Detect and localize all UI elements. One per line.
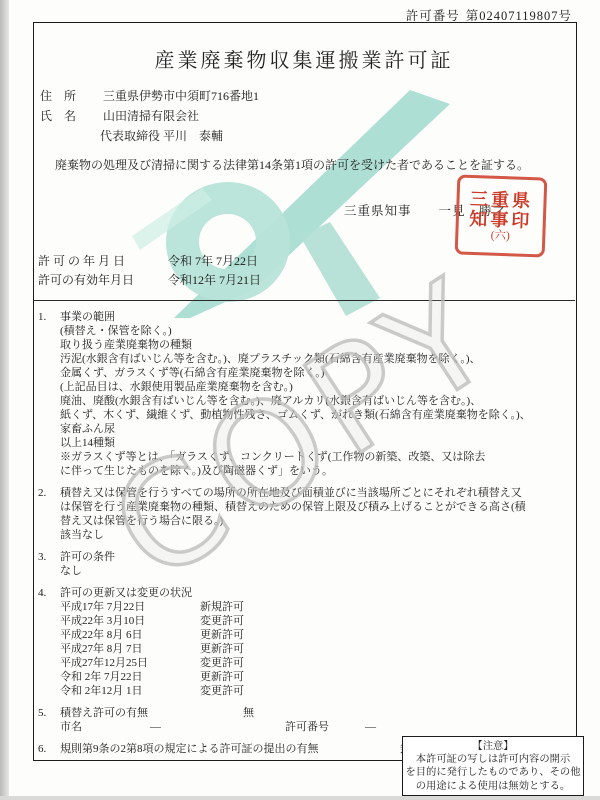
scanned-permit-document: { "meta": { "permit_label": "許可番号", "per… [0,0,600,800]
section-6-number: 6. [38,742,60,756]
section-2-line-2: は保管を行う産業廃棄物の種類、積替えのための保管上限及び積み上げることができる高… [38,500,570,514]
valid-date-row: 許可の有効年月日 令和12年 7月21日 [38,271,261,290]
holder-block: 住 所 三重県伊勢市中須町716番地1 氏 名 山田清掃有限会社 代表取締役 平… [40,86,259,146]
section-1-heading: 1.事業の範囲 [38,310,570,324]
section-1-line: 家畜ふん尿 [38,422,570,436]
representative-row: 代表取締役 平川 泰輔 [40,126,259,146]
section-2-line-1: 2.積替え又は保管を行うすべての場所の所在地及び面積並びに当該場所ごとにそれぞれ… [38,486,570,500]
valid-date-label: 許可の有効年月日 [38,271,165,290]
history-type: 更新許可 [200,629,244,641]
section-1-business-scope: 1.事業の範囲 (積替え・保管を除く。) 取り扱う産業廃棄物の種類 汚泥(水銀含… [38,310,570,478]
history-row: 令和 2年12月 1日変更許可 [38,684,570,698]
section-1-line: 紙くず、木くず、繊維くず、動植物性残さ、ゴムくず、がれき類(石綿含有産業廃棄物を… [38,408,570,422]
permit-no-value: — [365,721,376,733]
section-1-line: 廃油、廃酸(水銀含有ばいじん等を含む。)、廃アルカリ(水銀含有ばいじん等を含む。… [38,394,570,408]
section-2-text-1: 積替え又は保管を行うすべての場所の所在地及び面積並びに当該場所ごとにそれぞれ積替… [60,487,522,499]
name-label: 氏 名 [40,106,90,126]
section-1-line: (積替え・保管を除く。) [38,324,570,338]
section-1-line: 取り扱う産業廃棄物の種類 [38,338,570,352]
section-5-heading-row: 5.積替え許可の有無無 [38,706,570,720]
history-row: 平成22年 3月10日変更許可 [38,614,570,628]
history-date: 平成17年 7月22日 [60,600,200,614]
section-4-heading: 4.許可の更新又は変更の状況 [38,586,570,600]
section-3-number: 3. [38,550,60,564]
history-row: 平成27年 8月 7日更新許可 [38,642,570,656]
seal-row-2: 知事印 [469,208,533,230]
address-label: 住 所 [40,86,90,106]
city-label: 市名 [60,720,150,734]
notice-box: 【注意】 本許可証の写しは許可内容の開示 を目的に発行したものであり、その他 の… [402,736,584,796]
holder-name-row: 氏 名 山田清掃有限会社 [40,106,259,126]
history-date: 平成22年 3月10日 [60,614,200,628]
history-type: 変更許可 [200,685,244,697]
section-4-title: 許可の更新又は変更の状況 [60,587,192,599]
dates-block: 許 可 の 年 月 日 令和 7年 7月22日 許可の有効年月日 令和12年 7… [38,252,261,290]
history-type: 更新許可 [200,643,244,655]
notice-line: を目的に発行したものであり、その他 [403,766,583,779]
section-1-note-line: に伴って生じたものを除く。)及び陶磁器くず」をいう。 [38,464,570,478]
section-divider-line [33,300,575,301]
permit-number-line: 許可番号第02407119807号 [400,6,572,24]
section-1-number: 1. [38,310,60,324]
history-type: 変更許可 [200,657,244,669]
permit-date-value: 令和 7年 7月22日 [168,254,258,268]
section-2-transfer-storage: 2.積替え又は保管を行うすべての場所の所在地及び面積並びに当該場所ごとにそれぞれ… [38,486,570,542]
section-5-detail-row: 市名—許可番号— [38,720,570,734]
city-value: — [150,720,285,734]
document-body: 1.事業の範囲 (積替え・保管を除く。) 取り扱う産業廃棄物の種類 汚泥(水銀含… [38,310,570,756]
section-5-title: 積替え許可の有無 [60,706,243,720]
section-2-number: 2. [38,486,60,500]
governor-red-seal: 三重県 知事印 (六) [455,174,548,257]
certification-sentence: 廃棄物の処理及び清掃に関する法律第14条第1項の許可を受けた者であることを証する… [55,156,529,173]
section-2-answer: 該当なし [38,528,570,542]
notice-title: 【注意】 [403,740,583,753]
permit-number-value: 第02407119807号 [466,9,572,23]
history-date: 平成27年 8月 7日 [60,642,200,656]
section-5-answer: 無 [243,707,254,719]
section-1-line: 金属くず、ガラスくず等(石綿含有産業廃棄物を除く。) [38,366,570,380]
name-value: 山田清掃有限会社 [103,109,199,123]
history-type: 新規許可 [200,601,244,613]
notice-line: 本許可証の写しは許可内容の開示 [403,753,583,766]
section-3-permit-conditions: 3.許可の条件 なし [38,550,570,578]
section-1-line: 以上14種類 [38,436,570,450]
history-row: 平成17年 7月22日新規許可 [38,600,570,614]
history-date: 平成27年12月25日 [60,656,200,670]
history-type: 変更許可 [200,615,244,627]
section-2-line-3: 替え又は保管を行う場合に限る。) [38,514,570,528]
holder-address-row: 住 所 三重県伊勢市中須町716番地1 [40,86,259,106]
section-4-renewal-history: 4.許可の更新又は変更の状況 平成17年 7月22日新規許可 平成22年 3月1… [38,586,570,698]
section-4-number: 4. [38,586,60,600]
address-value: 三重県伊勢市中須町716番地1 [103,89,259,103]
scan-edge-left [0,0,9,800]
permit-number-label: 許可番号 [406,9,460,23]
section-5-transfer-permit: 5.積替え許可の有無無 市名—許可番号— [38,706,570,734]
section-1-line: 汚泥(水銀含有ばいじん等を含む。)、廃プラスチック類(石綿含有産業廃棄物を除く。… [38,352,570,366]
history-row: 平成27年12月25日変更許可 [38,656,570,670]
section-3-title: 許可の条件 [60,551,115,563]
history-date: 令和 2年12月 1日 [60,684,200,698]
permit-no-label: 許可番号 [285,720,365,734]
notice-line: の用途による使用は無効とする。 [403,780,583,793]
section-3-answer: なし [38,564,570,578]
section-1-title: 事業の範囲 [60,311,115,323]
history-row: 平成22年 8月 6日更新許可 [38,628,570,642]
scan-edge-bottom [0,796,600,800]
document-title: 産業廃棄物収集運搬業許可証 [33,44,575,73]
section-1-note-line: ※ガラスくず等とは、「ガラスくず、コンクリートくず(工作物の新築、改築、又は除去 [38,450,570,464]
history-type: 更新許可 [200,671,244,683]
permit-date-label: 許 可 の 年 月 日 [38,252,165,271]
permit-date-row: 許 可 の 年 月 日 令和 7年 7月22日 [38,252,261,271]
history-row: 令和 2年 7月22日更新許可 [38,670,570,684]
section-3-heading: 3.許可の条件 [38,550,570,564]
seal-row-3: (六) [490,229,510,243]
section-5-number: 5. [38,706,60,720]
valid-date-value: 令和12年 7月21日 [168,273,261,287]
section-6-title: 規則第9条の2第8項の規定による許可証の提出の有無 [60,742,400,756]
history-date: 平成22年 8月 6日 [60,628,200,642]
section-1-line: (上記品目は、水銀使用製品産業廃棄物を含む。) [38,380,570,394]
seal-row-1: 三重県 [470,188,534,210]
history-date: 令和 2年 7月22日 [60,670,200,684]
